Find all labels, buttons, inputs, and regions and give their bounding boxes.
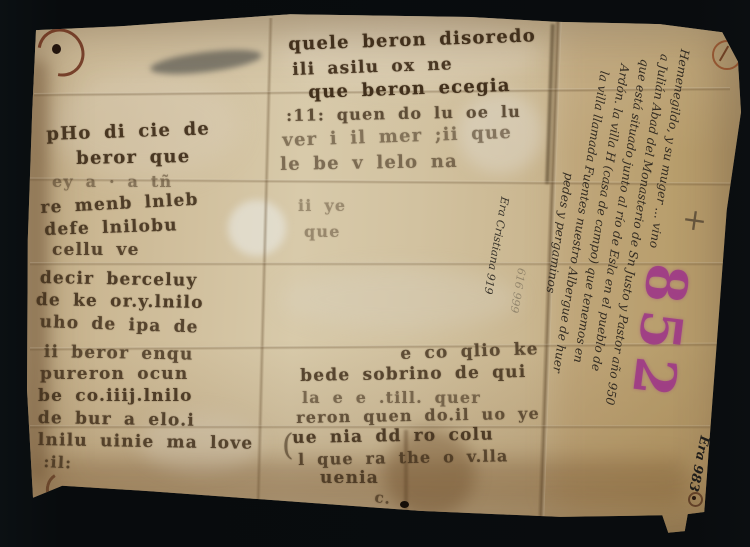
- parchment-hole: [400, 501, 409, 508]
- manuscript-line: ey a · a tñ: [52, 172, 172, 191]
- manuscript-line: de ke or.y.lnilo: [36, 290, 204, 313]
- manuscript-line: ii beror enqu: [44, 342, 194, 365]
- manuscript-line: be co.iiij.lnilo: [38, 386, 193, 406]
- manuscript-line: beror que: [76, 146, 191, 169]
- manuscript-line: :il:: [43, 452, 73, 472]
- manuscript-line: le be v lelo na: [280, 151, 458, 175]
- manuscript-line: cellu ve: [52, 240, 140, 260]
- manuscript-line-faint: que: [304, 222, 341, 241]
- manuscript-line: ue nia dd ro colu: [292, 424, 494, 448]
- corner-ring-bottom-right-icon: [688, 492, 703, 507]
- c-mark: c.: [373, 488, 392, 508]
- cross-mark: +: [680, 201, 710, 239]
- manuscript-line: l que ra the o v.lla: [298, 446, 509, 469]
- manuscript-line: la e e .till. quer: [302, 388, 481, 407]
- photo-background: pHo di cie de beror que ey a · a tñ re m…: [0, 0, 750, 547]
- corner-ring-bottom-right-dot: [692, 496, 696, 500]
- parchment: pHo di cie de beror que ey a · a tñ re m…: [0, 0, 750, 547]
- manuscript-line-faint: ii ye: [298, 196, 346, 215]
- corner-ring-top-left-dot: [52, 44, 61, 54]
- manuscript-line: bede sobrino de qui: [300, 362, 527, 386]
- manuscript-line: uenia: [320, 468, 379, 488]
- manuscript-line: decir berceluy: [40, 268, 198, 291]
- manuscript-line: de bur a elo.i: [38, 408, 195, 431]
- paren-mark: (: [282, 428, 295, 463]
- manuscript-line: pureron ocun: [40, 364, 188, 384]
- manuscript-line: lnilu uinie ma love: [38, 430, 254, 454]
